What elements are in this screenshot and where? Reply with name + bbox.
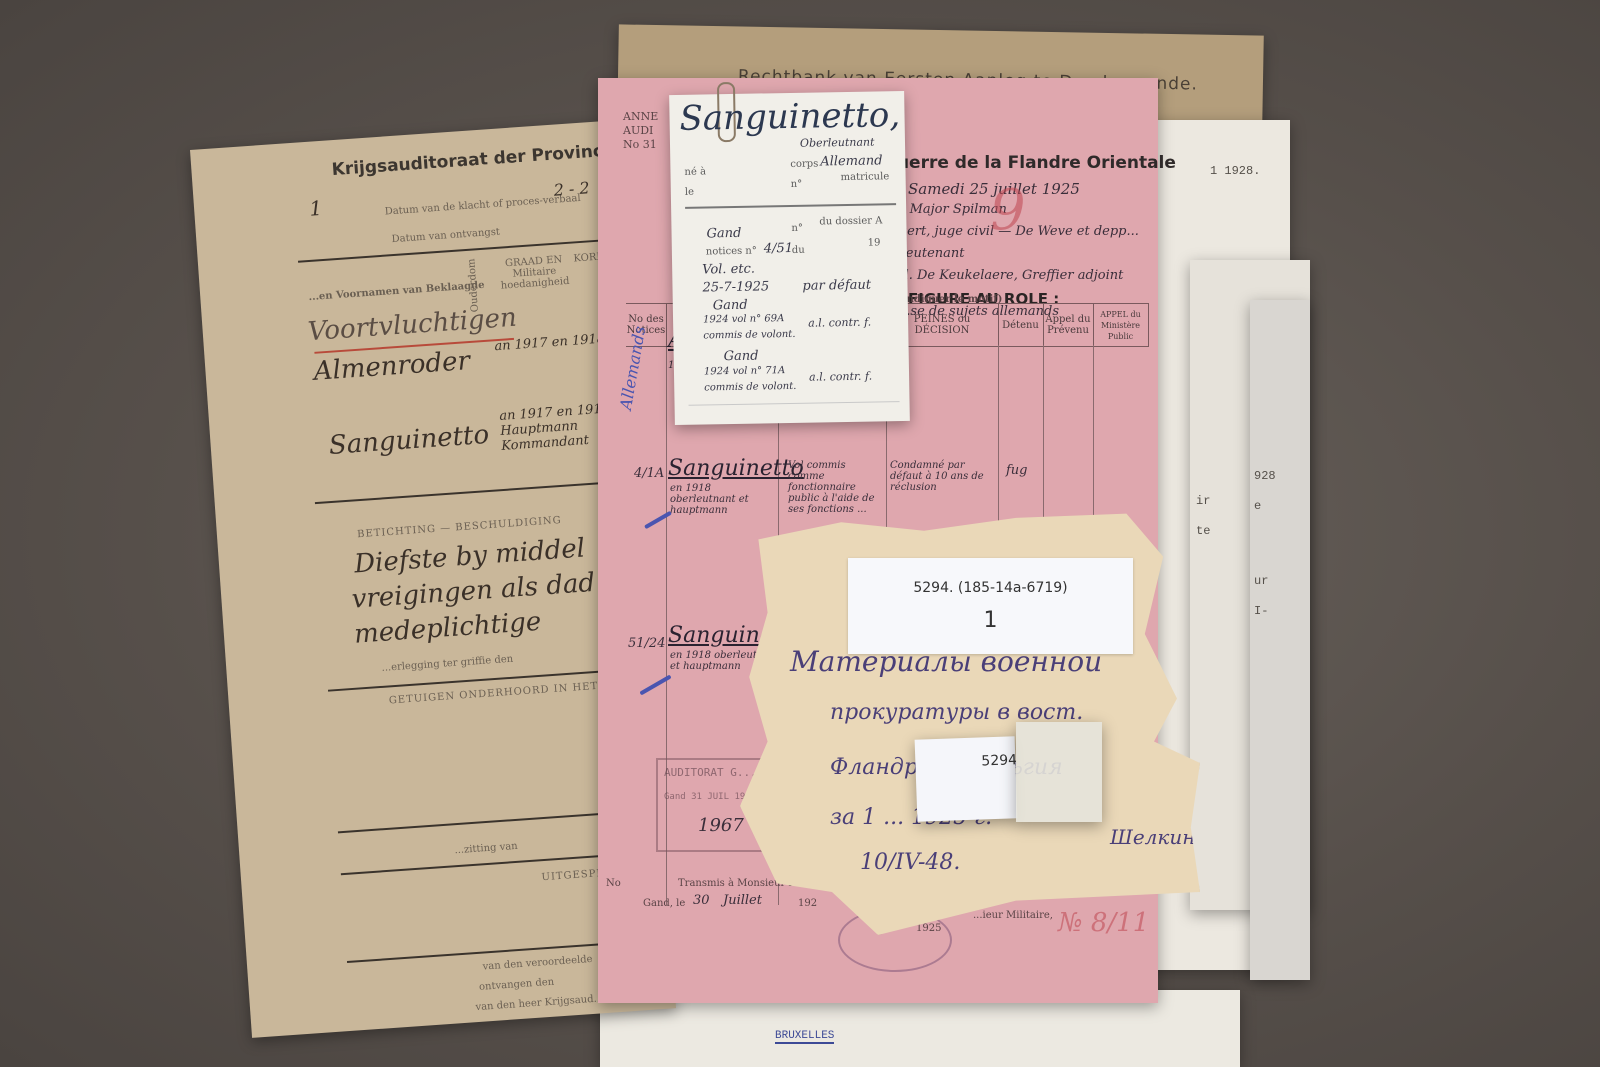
- row-notice: 51/24: [628, 636, 665, 651]
- militaire-label: ...ieur Militaire,: [973, 910, 1053, 921]
- complaint-date-label: Datum van de klacht of proces-verbaal: [384, 193, 581, 218]
- convicted-label: van den veroordeelde: [482, 954, 593, 973]
- from-label: van den heer Krijgsaud...: [475, 993, 603, 1013]
- entry-ref: 1924 vol n° 71A: [704, 365, 785, 377]
- typed-fragment: ur: [1254, 570, 1268, 592]
- entry-ref: 1924 vol n° 69A: [703, 313, 784, 325]
- notices-value: 4/51: [764, 241, 793, 257]
- archive-code: 5294. (185-14a-6719): [848, 580, 1133, 596]
- entry-date: 25-7-1925: [702, 279, 769, 295]
- entry-place: Gand: [706, 226, 741, 242]
- dossier-label: du dossier A: [819, 215, 882, 227]
- entry-desc: commis de volont.: [703, 329, 795, 342]
- matricule-label: matricule: [841, 171, 890, 183]
- typed-fragment: 928: [1254, 465, 1276, 487]
- entry-name: Sanguinetto: [328, 420, 490, 461]
- archive-code: 5294: [981, 752, 1017, 769]
- receipt-date-label: Datum van ontvangst: [391, 227, 500, 246]
- corner-label: AUDI: [623, 124, 653, 137]
- card-rank: Oberleutnant: [800, 135, 875, 149]
- col-header-appel-ministere: APPEL du Ministère Public: [1093, 303, 1149, 347]
- row-decision: Condamné par défaut à 10 ans de réclusio…: [890, 460, 995, 493]
- entry-result: a.l. contr. f.: [809, 370, 872, 384]
- margin-mark: 1: [309, 196, 323, 221]
- place-date-label: Gand, le: [643, 898, 685, 909]
- index-card: Sanguinetto, Oberleutnant né à le corps …: [669, 91, 910, 425]
- corps-label: corps: [790, 158, 818, 169]
- card-surname: Sanguinetto,: [679, 95, 900, 139]
- blue-mark: [644, 511, 672, 529]
- entry-result: par défaut: [802, 278, 871, 294]
- note-date: 10/IV-48.: [860, 850, 960, 875]
- footer-no-label: No: [606, 878, 621, 889]
- corner-label: ANNE: [623, 110, 658, 123]
- form-title: Guerre de la Flandre Orientale: [883, 153, 1176, 173]
- rank-column-header: GRAAD EN Militaire hoedanigheid: [498, 254, 570, 292]
- born-on-label: le: [685, 187, 694, 198]
- row-sub: en 1918 oberleutnant et hauptmann: [670, 483, 770, 516]
- card-divider: [685, 203, 896, 209]
- session-label: ...zitting van: [454, 841, 518, 856]
- red-mark-bottom: № 8/11: [1058, 908, 1149, 938]
- bruxelles-typed-text: BRUXELLES: [775, 1030, 834, 1044]
- archive-label: 5294. (185-14a-6719) 1: [848, 558, 1133, 654]
- complaint-date-value: 2 - 2: [553, 178, 590, 199]
- note-signature: Шелкин: [1110, 825, 1195, 849]
- corps-value: Allemand: [820, 153, 882, 169]
- du-label: du: [792, 245, 805, 256]
- stamp-line: AUDITORAT G...: [664, 766, 757, 779]
- received-label: ontvangen den: [479, 977, 555, 993]
- divider: [315, 479, 639, 504]
- row-detenu: fug: [1006, 463, 1028, 478]
- row-notice: 4/1A: [634, 466, 664, 481]
- entry-type: Vol. etc.: [702, 262, 755, 278]
- margin-annotation: Allemands: [616, 325, 649, 412]
- table-line: [1043, 345, 1044, 545]
- name-column-header: ...en Voornamen van Beklaagde: [308, 280, 485, 303]
- entry-result: a.l. contr. f.: [808, 316, 871, 330]
- typed-fragment: 1 1928.: [1210, 160, 1260, 182]
- archive-label-secondary: 5294: [915, 736, 1018, 821]
- greffier: ...il. De Keukelaere, Greffier adjoint: [888, 268, 1123, 283]
- stamp-number: 1967: [698, 815, 744, 836]
- typed-fragment: e: [1254, 495, 1261, 517]
- red-mark: 9: [990, 178, 1026, 243]
- corner-label: No 31: [623, 138, 657, 151]
- tape-patch: [1016, 722, 1102, 822]
- year-19-label: 19: [868, 237, 881, 248]
- typed-fragment: I-: [1254, 600, 1268, 622]
- col-header-detenu: Détenu: [998, 303, 1044, 347]
- entry-desc: commis de volont.: [704, 381, 796, 394]
- entry-place: Gand: [713, 298, 748, 314]
- table-line: [998, 345, 999, 545]
- footer-year-prefix: 192: [798, 898, 817, 909]
- entry-place: Gand: [724, 349, 759, 365]
- row-name: Sanguinetto: [668, 456, 804, 481]
- archive-volume-number: 1: [848, 608, 1133, 633]
- row-facts: Vol commis comme fonctionnaire public à …: [788, 460, 883, 515]
- notices-label: notices n°: [706, 246, 757, 258]
- footer-day: 30: [693, 893, 710, 908]
- typed-sheet-3: 928 e ur I-: [1250, 300, 1310, 980]
- filing-label: ...erlegging ter griffie den: [381, 654, 513, 674]
- born-at-label: né à: [684, 166, 706, 177]
- footer-month: Juillet: [723, 893, 762, 908]
- typed-fragment: ir: [1196, 490, 1210, 512]
- card-rule: [689, 401, 900, 406]
- form-title: Krijgsauditoraat der Provincie: [331, 140, 621, 180]
- charge-text: medeplichtige: [353, 607, 542, 650]
- no-label: n°: [791, 179, 803, 190]
- no-label: n°: [791, 223, 803, 234]
- typed-fragment: te: [1196, 520, 1210, 542]
- col-header-appel-prevenu: Appel du Prévenu: [1043, 303, 1094, 347]
